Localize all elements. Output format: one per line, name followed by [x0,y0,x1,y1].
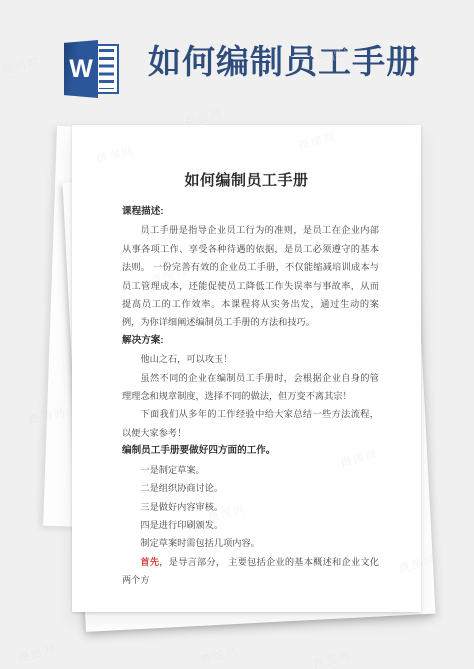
doc-paragraph: 四是进行印刷颁发。 [122,516,379,534]
preview-header: W 如何编制员工手册 [0,0,474,110]
doc-heading: 编制员工手册要做好四方面的工作。 [122,442,379,460]
doc-paragraph: 首先，是导言部分， 主要包括企业的基本概述和企业文化两个方 [122,553,379,590]
word-icon-text-lines [99,49,114,89]
doc-heading: 解决方案: [122,332,379,350]
document-page: 如何编制员工手册 课程描述:员工手册是指导企业员工行为的准则，是员工在企业内部从… [72,125,421,612]
doc-paragraph: 虽然不同的企业在编制员工手册时，会根据企业自身的管理理念和规章制度，选择不同的做… [122,369,379,406]
highlight-lead: 首先 [140,557,159,567]
doc-paragraph: 他山之石，可以攻玉！ [122,350,379,368]
page-title: 如何编制员工手册 [148,36,420,83]
document-title: 如何编制员工手册 [72,169,421,190]
watermark-text: 摄图网 [17,642,59,667]
document-body: 课程描述:员工手册是指导企业员工行为的准则，是员工在企业内部从事各项工作、享受各… [72,203,421,590]
doc-paragraph: 一是制定草案。 [122,461,379,479]
word-icon-cover: W [64,40,98,98]
watermark-text: 摄图网 [199,644,241,669]
doc-paragraph: 二是组织协商讨论。 [122,479,379,497]
doc-paragraph: 制定草案时需包括几项内容。 [122,534,379,552]
watermark-text: 摄图网 [312,648,354,669]
doc-paragraph: 三是做好内容审核。 [122,498,379,516]
doc-paragraph: 下面我们从多年的工作经验中给大家总结一些方法流程，以便大家参考！ [122,405,379,442]
doc-paragraph: 员工手册是指导企业员工行为的准则，是员工在企业内部从事各项工作、享受各种待遇的依… [122,221,379,331]
doc-heading: 课程描述: [122,203,379,221]
word-icon: W [64,40,119,98]
word-icon-letter: W [69,55,93,84]
